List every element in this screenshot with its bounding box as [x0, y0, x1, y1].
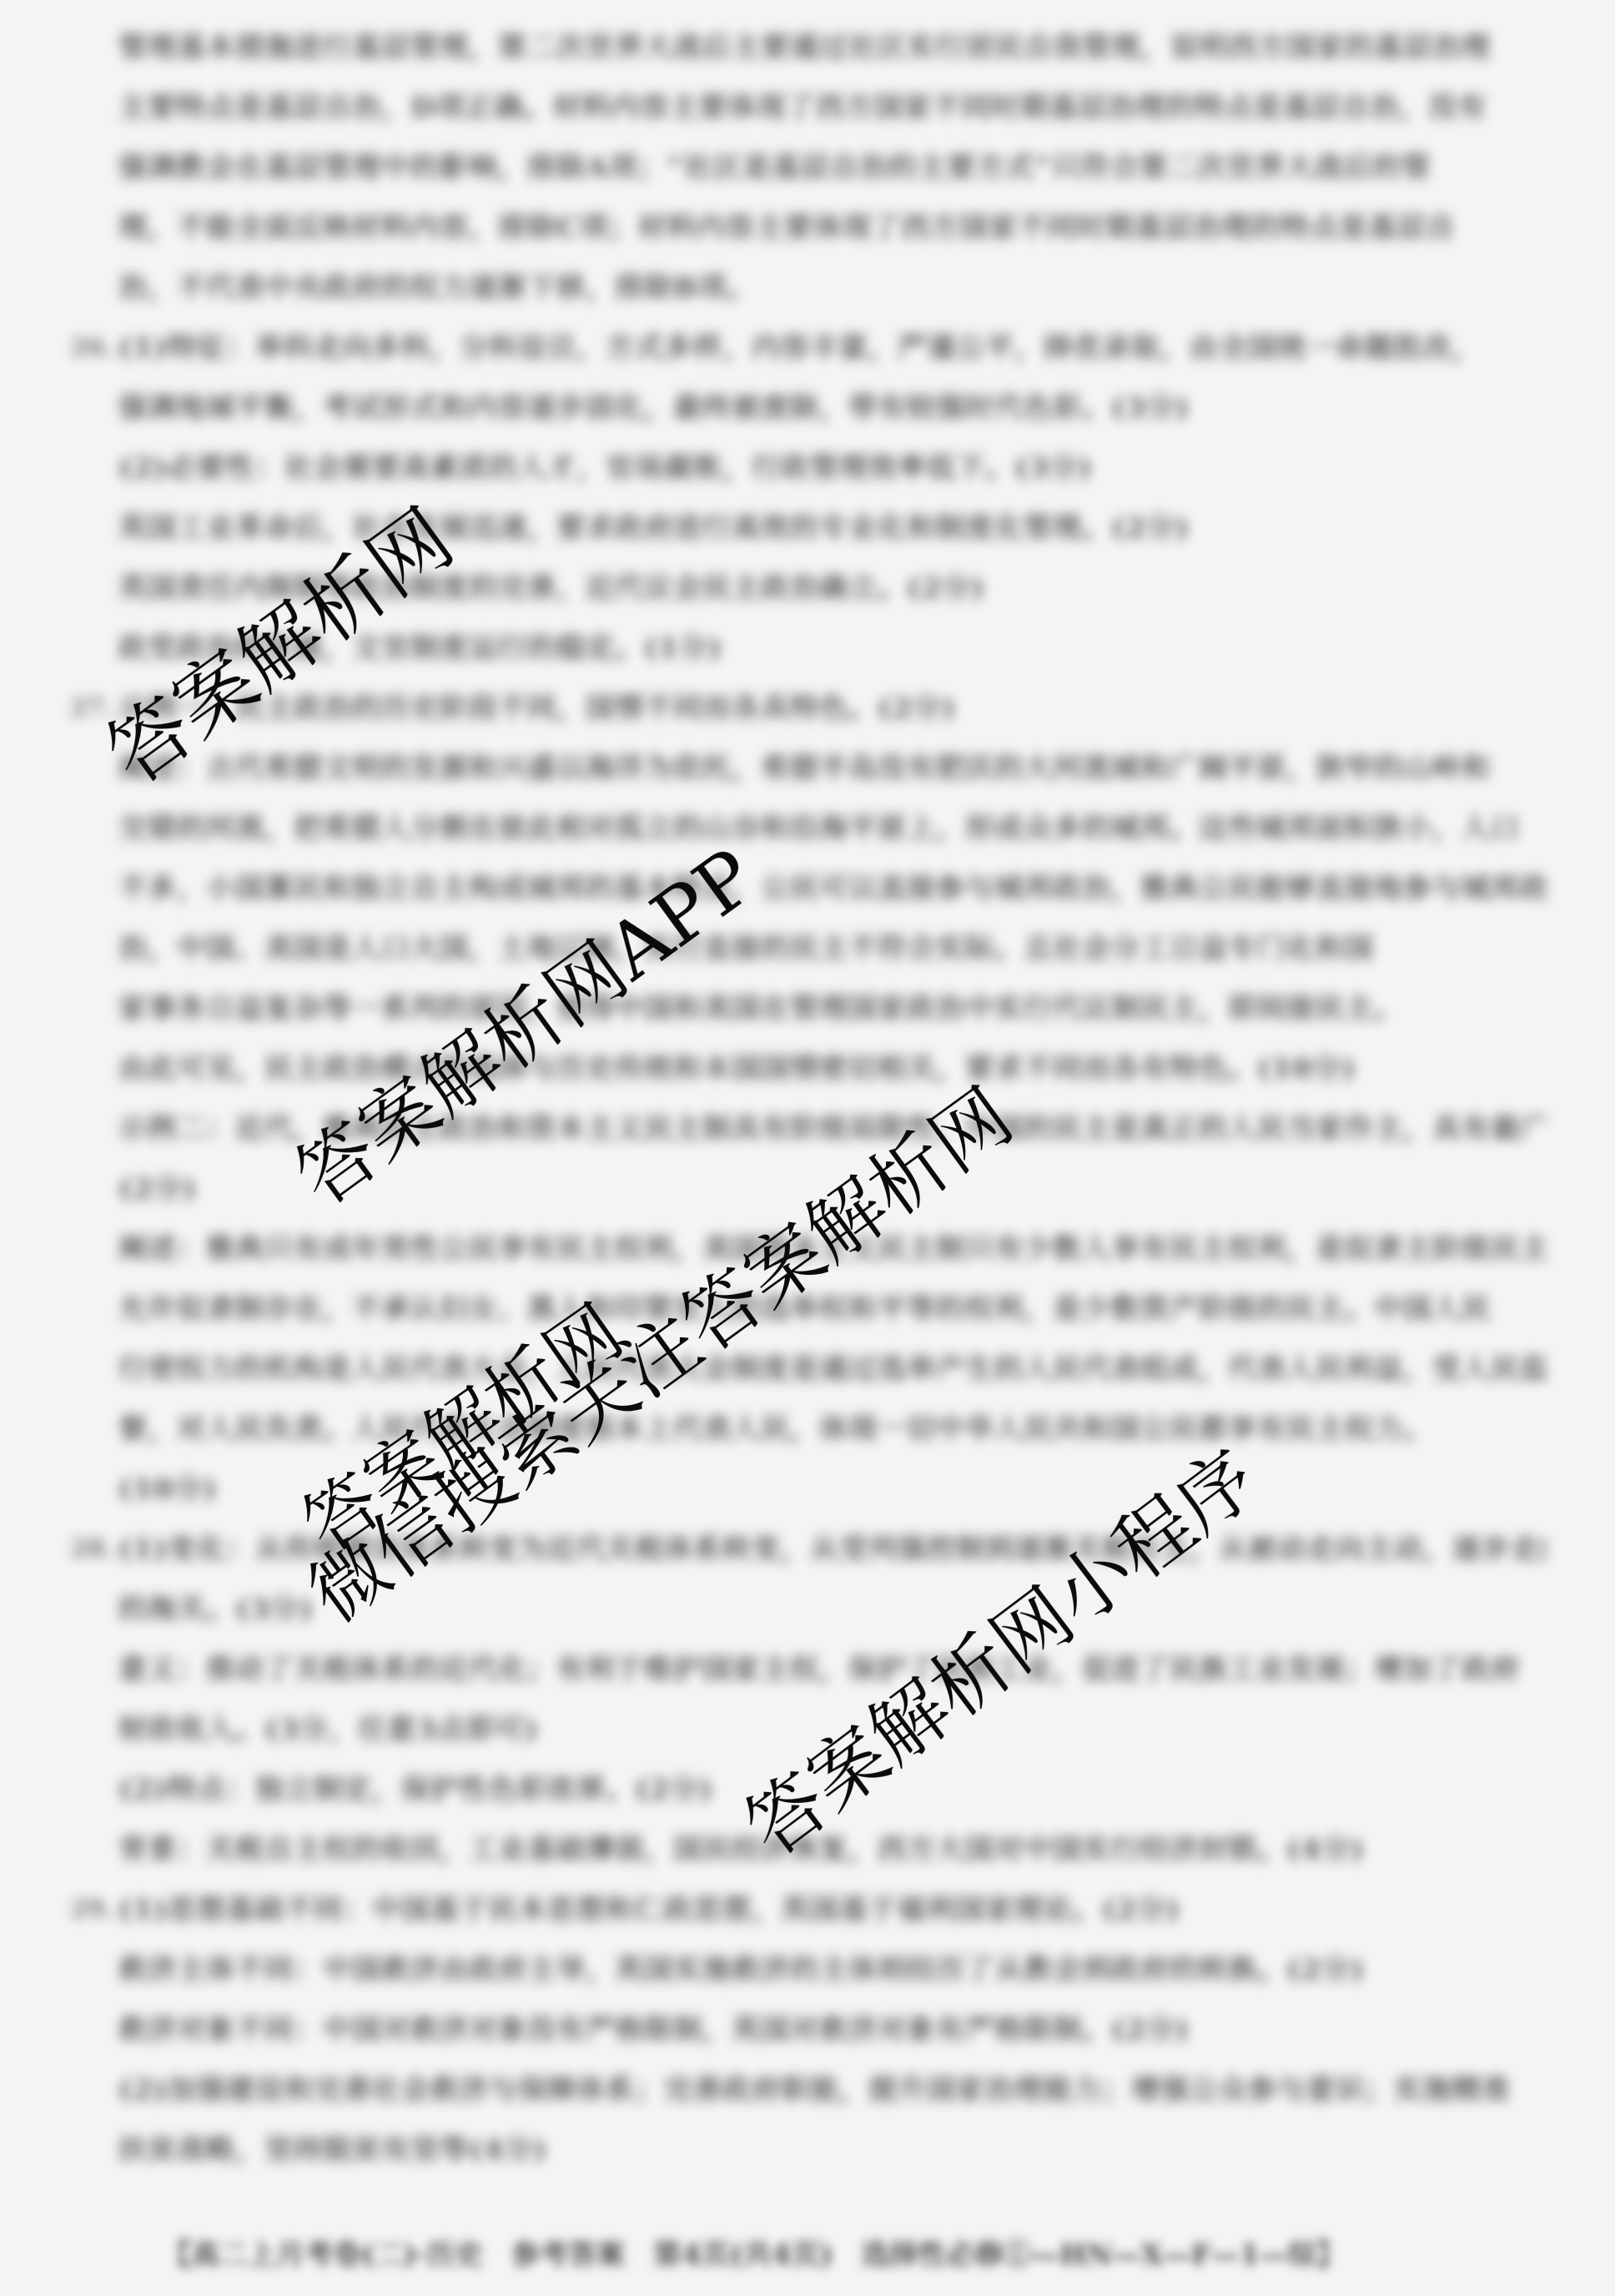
- answer-line: 救济主体不同：中国救济由政府主导，英国实施救济的主体则经历了从教会到政府的转换。…: [118, 1953, 1547, 1986]
- answer-line: 理，不能全面反映材料内容，排除C项；材料内容主要体现了西方国家不同时期基层治理的…: [118, 211, 1547, 244]
- answer-line: 扶贫战略，坚持脱贫攻坚等(4分): [118, 2133, 547, 2167]
- answer-line: (2分): [118, 1172, 197, 1206]
- answer-line: 主要特点是基层自治，D项正确。材料内容主要体现了西方国家不同时期基层治理的特点是…: [118, 91, 1547, 124]
- question-number: 28.: [70, 1533, 113, 1566]
- answer-line: 行使权力的机构是人民代表大会，人民代表大会制度是通过选举产生的人民代表组成，代表…: [118, 1352, 1547, 1386]
- page-footer: 【高二上月考卷(二)·历史 参考答案 第4页(共4页) 选择性必修①—HN—X—…: [163, 2238, 1464, 2273]
- question-number: 26.: [70, 331, 113, 365]
- answer-line: 允许奴隶制存在，不承认妇女、黑人和印第安人的选举权和平等的权利，是少数资产阶级的…: [118, 1292, 1547, 1326]
- answer-line: 强调教会在基层管理中的影响，排除A项；“社区是基层自治的主要方式”只符合第二次世…: [118, 151, 1547, 184]
- answer-line: 治，不代表中央政府的权力逐渐下移，排除B项。: [118, 271, 757, 305]
- answer-line: 意义：推动了关税体系的近代化；有利于维护国家主权，保护了民族工业，促进了民族工业…: [118, 1653, 1547, 1686]
- answer-line: (2)特点：独立制定，保护性色彩浓厚。(2分): [118, 1773, 713, 1806]
- answer-line: 督，对人民负责。人民代表大会制度根本上代表人民，体现一切中华人民共和国公民都享有…: [118, 1412, 1547, 1446]
- answer-line: (10分): [118, 1473, 218, 1506]
- answer-line: 管理基本措施进行基层管理，第二次世界大战后主要通过社区实行居民自我管理，说明西方…: [118, 31, 1547, 64]
- answer-line: 家事务日益复杂等一系列的原因，使得中国和美国在管理国家政治中实行代议制民主，即间…: [118, 992, 1547, 1025]
- answer-line: 背景：关税自主权的收回，工业基础薄弱，国民经济恢复，西方大国对中国实行经济封锁。…: [118, 1833, 1547, 1866]
- answer-line: (2)加强建设和完善社会救济与保障体系；完善政府职能，提升国家治理能力；增强公众…: [118, 2073, 1547, 2107]
- answer-line: 英国工业革命后，社会发展迅速，要求政府进行高效的专业化和制度化管理。(2分): [118, 511, 1190, 545]
- answer-line: 强调地域平衡，考试形式和内容逐步固化，最终被废除，带有较强时代色彩。(3分): [118, 391, 1190, 425]
- answer-line: 不多，小国寡民和独立自主构成城邦的基本特点，公民可以直接参与城邦政治，雅典公民能…: [118, 872, 1547, 905]
- answer-line: 治，中国、美国是人口大国，土地辽阔，实行直接的民主不符合实际。且社会分工日益专门…: [118, 932, 1547, 965]
- answer-line: 财政收入。(3分，任意3点即可): [118, 1713, 539, 1746]
- answer-line: (2)必要性：社会需要高素质的人才，官场腐败，行政管理效率低下。(3分): [118, 451, 1093, 485]
- answer-line: 阐述：古代希腊文明的发源和兴盛以海洋为依托，希腊半岛没有肥沃的大河流域和广阔平原…: [118, 752, 1547, 785]
- answer-line: (1)思想基础不同：中国基于民本思想和仁政思想，英国基于福利国家理论。(2分): [118, 1893, 1180, 1926]
- document-page: 管理基本措施进行基层管理，第二次世界大战后主要通过社区实行居民自我管理，说明西方…: [0, 0, 1615, 2296]
- answer-line: 的海关。(3分): [118, 1593, 314, 1626]
- answer-line: 交错的河流，把希腊人分割在彼此相对孤立的山谷和沿海平原上，形成众多的城邦。这些城…: [118, 812, 1547, 845]
- answer-line: 英国责任内阁制等政治制度的完善，近代议会民主政治确立。(2分): [118, 571, 985, 605]
- answer-line: 由此可见，民主政治模式的选择与历史传统和本国国情密切相关，要求不同而各有特色。(…: [118, 1052, 1547, 1085]
- answer-line: (1)特征：举科走向多科，分科设目，方式多样，内容丰富，严谨公平，择优录取，由全…: [118, 331, 1547, 365]
- answer-line: 救济对象不同：中国对救济对象没有严格限制，英国对救济对象有严格限制。(2分): [118, 2013, 1190, 2047]
- question-number: 29.: [70, 1893, 113, 1926]
